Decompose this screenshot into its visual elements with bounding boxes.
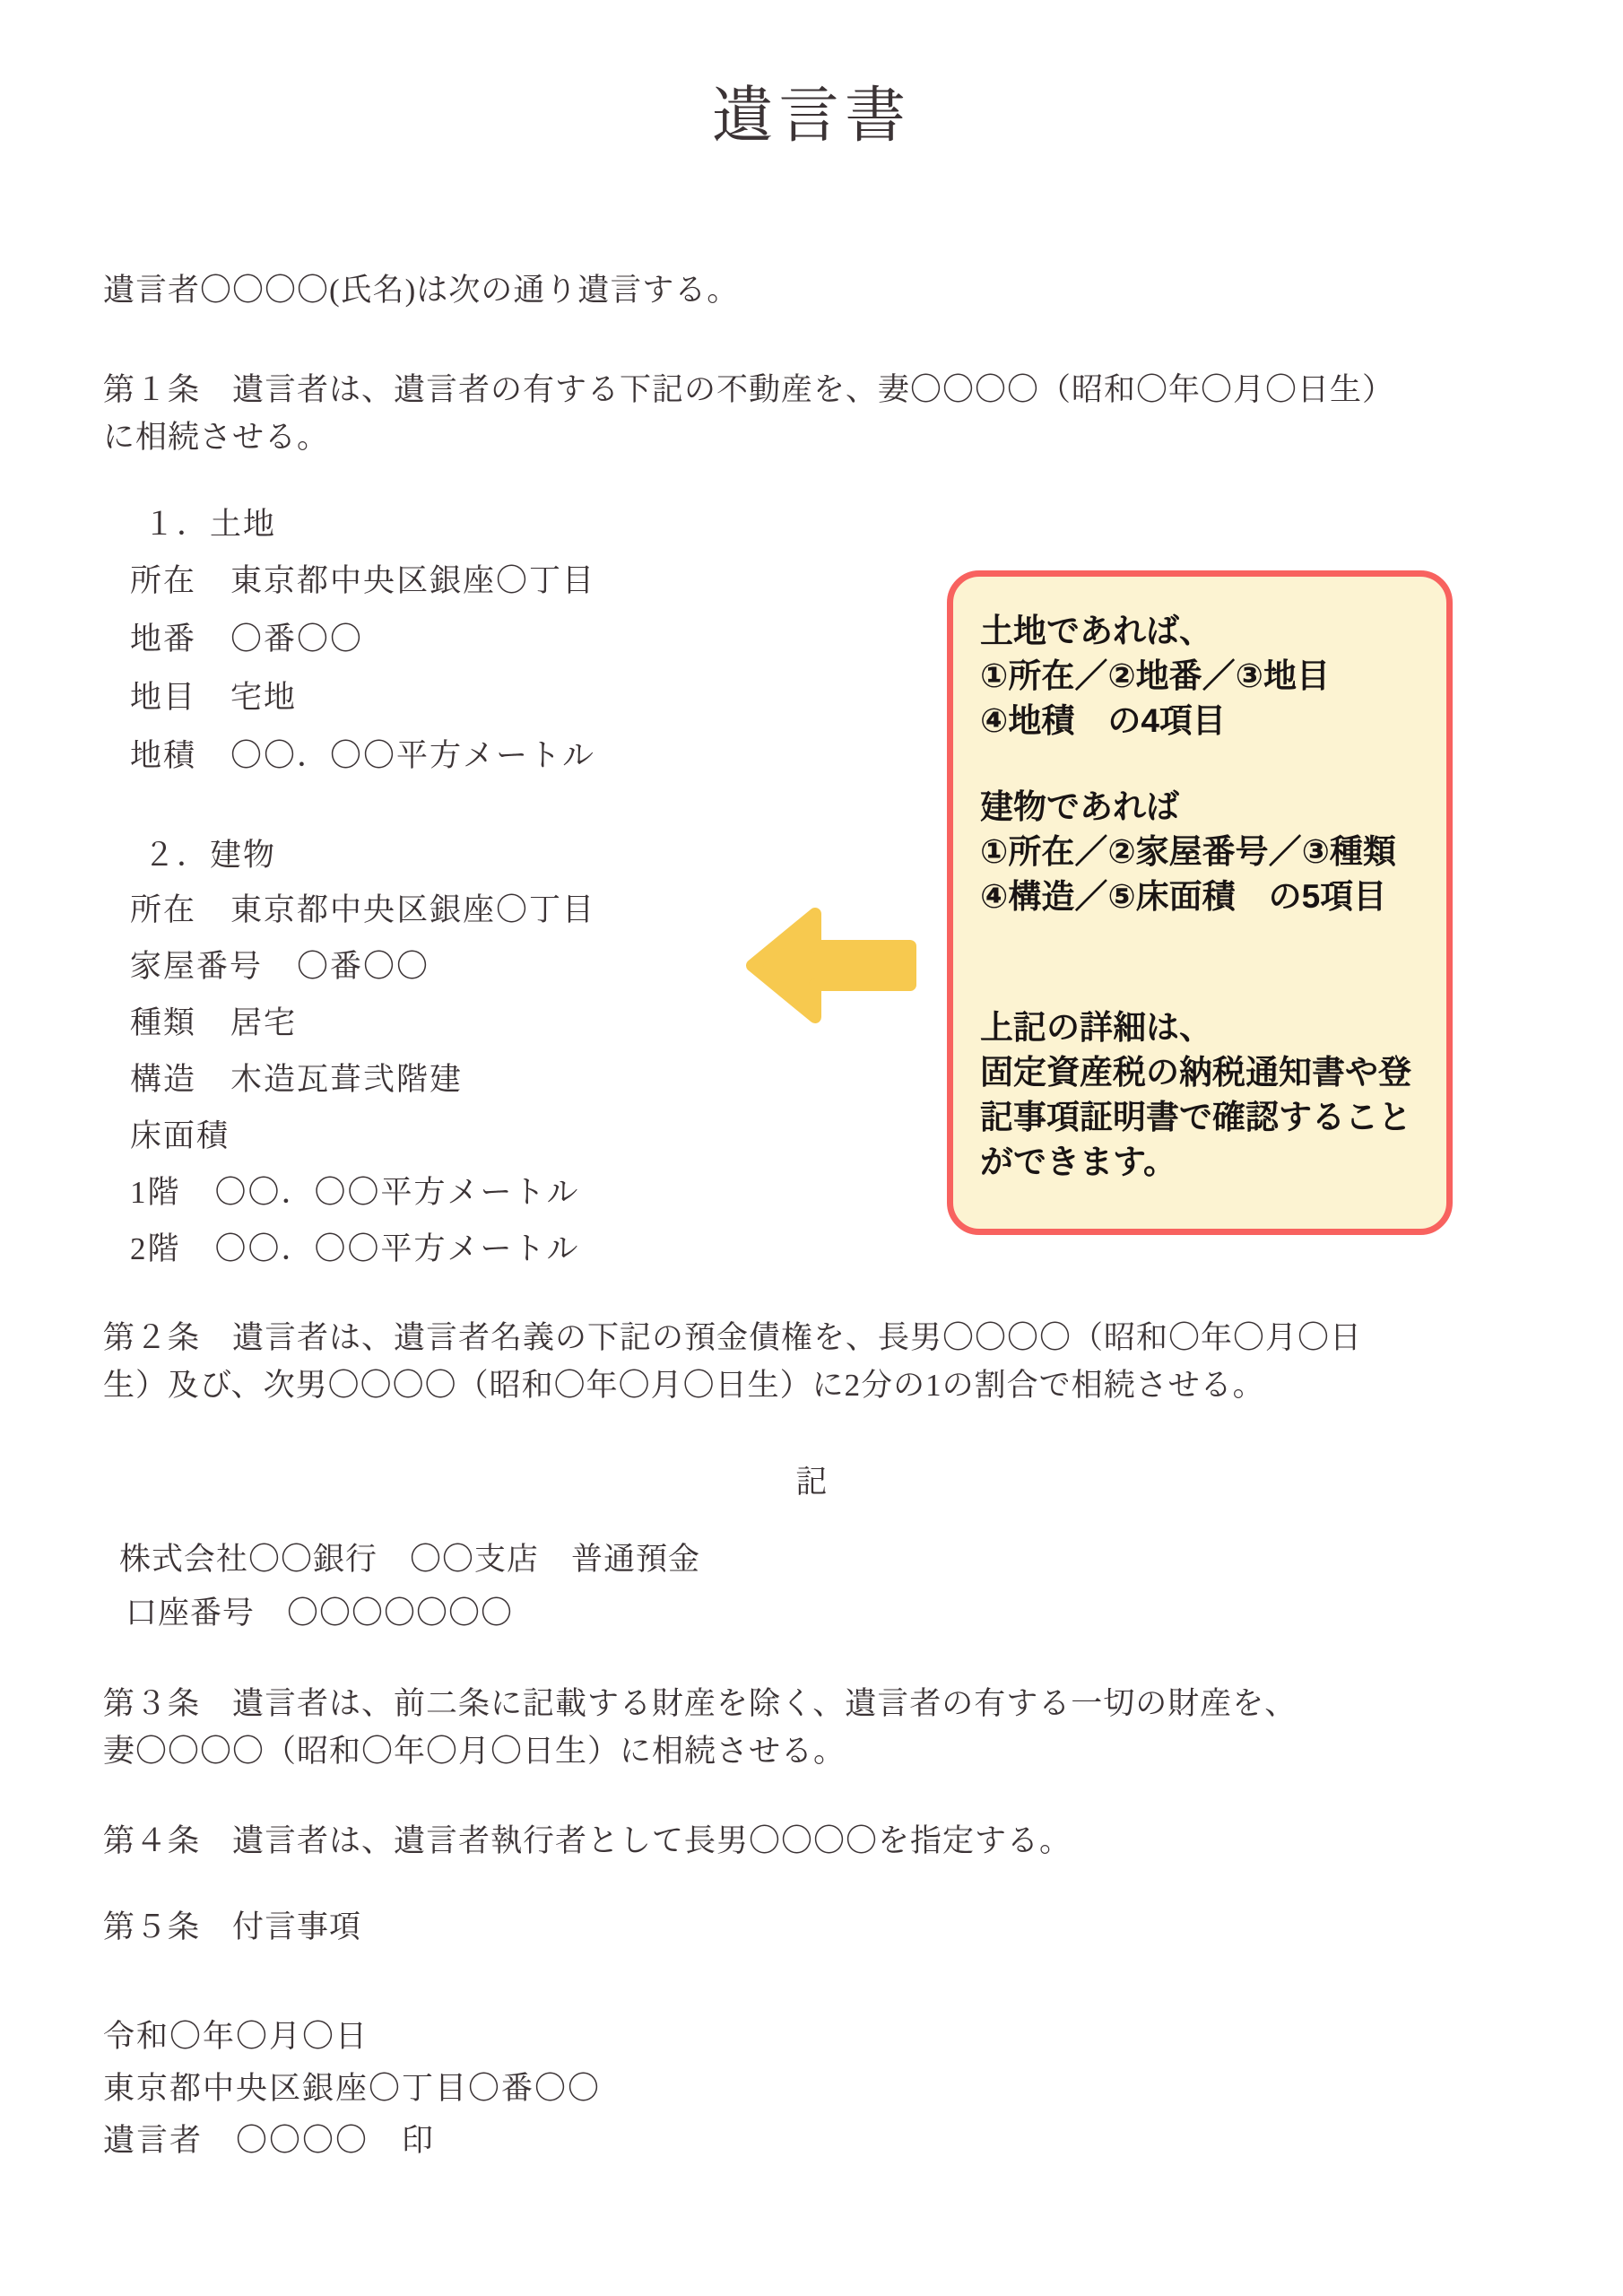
account-number-line: 口座番号 〇〇〇〇〇〇〇 bbox=[126, 1589, 513, 1637]
land-detail-list: 所在東京都中央区銀座〇丁目 地番〇番〇〇 地目宅地 地積〇〇．〇〇平方メートル bbox=[130, 552, 595, 785]
callout-note-group: 上記の詳細は、 固定資産税の納税通知書や登記事項証明書で確認することができます。 bbox=[980, 1005, 1425, 1185]
row-label: 地目 bbox=[130, 680, 196, 715]
callout-building-group: 建物であれば ①所在／②家屋番号／③種類 ④構造／⑤床面積 の5項目 bbox=[980, 785, 1425, 919]
building-section-heading: ２．建物 bbox=[143, 826, 276, 884]
row-label: 1階 bbox=[130, 1175, 181, 1210]
building-row-kozo: 構造木造瓦葺弐階建 bbox=[130, 1051, 595, 1108]
signature-line: 遺言者 〇〇〇〇 印 bbox=[103, 2115, 601, 2167]
row-value: 〇〇．〇〇平方メートル bbox=[215, 1175, 580, 1210]
row-value: 〇〇．〇〇平方メートル bbox=[230, 738, 595, 773]
building-row-shozai: 所在東京都中央区銀座〇丁目 bbox=[130, 882, 595, 938]
building-row-floor2: 2階〇〇．〇〇平方メートル bbox=[130, 1221, 595, 1277]
left-arrow-icon bbox=[745, 906, 916, 1025]
closing-block: 令和〇年〇月〇日 東京都中央区銀座〇丁目〇番〇〇 遺言者 〇〇〇〇 印 bbox=[103, 2011, 601, 2167]
row-label: 家屋番号 bbox=[130, 949, 263, 984]
row-value: 東京都中央区銀座〇丁目 bbox=[230, 892, 595, 927]
land-section-heading: １．土地 bbox=[143, 495, 276, 553]
will-document-page: 遺言書 遺言者〇〇〇〇(氏名)は次の通り遺言する。 第１条 遺言者は、遺言者の有… bbox=[0, 0, 1623, 2296]
land-row-chiban: 地番〇番〇〇 bbox=[130, 610, 595, 668]
callout-land-title: 土地であれば、 bbox=[980, 609, 1425, 654]
row-label: 構造 bbox=[130, 1062, 196, 1097]
row-label: 地積 bbox=[130, 738, 196, 773]
row-label: 地番 bbox=[130, 622, 196, 657]
intro-line: 遺言者〇〇〇〇(氏名)は次の通り遺言する。 bbox=[103, 266, 739, 314]
callout-building-count: ④構造／⑤床面積 の5項目 bbox=[980, 874, 1425, 919]
row-label: 2階 bbox=[130, 1231, 181, 1266]
bank-line: 株式会社〇〇銀行 〇〇支店 普通預金 bbox=[119, 1535, 700, 1583]
article-4: 第４条 遺言者は、遺言者執行者として長男〇〇〇〇を指定する。 bbox=[103, 1817, 1072, 1865]
article-1-line-1: 第１条 遺言者は、遺言者の有する下記の不動産を、妻〇〇〇〇（昭和〇年〇月〇日生） bbox=[103, 366, 1394, 413]
article-5: 第５条 付言事項 bbox=[103, 1903, 361, 1951]
land-row-chimoku: 地目宅地 bbox=[130, 668, 595, 726]
article-3-line-2: 妻〇〇〇〇（昭和〇年〇月〇日生）に相続させる。 bbox=[103, 1727, 1297, 1775]
building-row-shurui: 種類居宅 bbox=[130, 995, 595, 1051]
article-2-line-1: 第２条 遺言者は、遺言者名義の下記の預金債権を、長男〇〇〇〇（昭和〇年〇月〇日 bbox=[103, 1314, 1362, 1361]
callout-note-body: 固定資産税の納税通知書や登記事項証明書で確認することができます。 bbox=[980, 1050, 1425, 1185]
callout-note-intro: 上記の詳細は、 bbox=[980, 1005, 1425, 1050]
row-value: 木造瓦葺弐階建 bbox=[230, 1062, 463, 1097]
callout-land-count: ④地積 の4項目 bbox=[980, 699, 1425, 744]
row-label: 種類 bbox=[130, 1005, 196, 1040]
callout-building-title: 建物であれば bbox=[980, 785, 1425, 830]
date-line: 令和〇年〇月〇日 bbox=[103, 2011, 601, 2063]
row-label: 所在 bbox=[130, 563, 196, 598]
article-3-line-1: 第３条 遺言者は、前二条に記載する財産を除く、遺言者の有する一切の財産を、 bbox=[103, 1680, 1297, 1727]
row-label: 所在 bbox=[130, 892, 196, 927]
land-row-shozai: 所在東京都中央区銀座〇丁目 bbox=[130, 552, 595, 610]
row-value: 東京都中央区銀座〇丁目 bbox=[230, 563, 595, 598]
row-label: 床面積 bbox=[130, 1118, 230, 1153]
address-line: 東京都中央区銀座〇丁目〇番〇〇 bbox=[103, 2063, 601, 2115]
row-value: 〇番〇〇 bbox=[230, 622, 363, 657]
row-value: 宅地 bbox=[230, 680, 297, 715]
row-value: 〇番〇〇 bbox=[297, 949, 430, 984]
land-row-chiseki: 地積〇〇．〇〇平方メートル bbox=[130, 726, 595, 785]
annotation-callout-box: 土地であれば、 ①所在／②地番／③地目 ④地積 の4項目 建物であれば ①所在／… bbox=[947, 570, 1453, 1235]
building-row-floor1: 1階〇〇．〇〇平方メートル bbox=[130, 1164, 595, 1221]
article-1: 第１条 遺言者は、遺言者の有する下記の不動産を、妻〇〇〇〇（昭和〇年〇月〇日生）… bbox=[103, 366, 1394, 461]
article-3: 第３条 遺言者は、前二条に記載する財産を除く、遺言者の有する一切の財産を、 妻〇… bbox=[103, 1680, 1297, 1775]
callout-land-group: 土地であれば、 ①所在／②地番／③地目 ④地積 の4項目 bbox=[980, 609, 1425, 744]
article-2: 第２条 遺言者は、遺言者名義の下記の預金債権を、長男〇〇〇〇（昭和〇年〇月〇日 … bbox=[103, 1314, 1362, 1409]
page-title: 遺言書 bbox=[0, 67, 1623, 154]
article-1-line-2: に相続させる。 bbox=[103, 413, 1394, 461]
ki-marker: 記 bbox=[0, 1457, 1623, 1502]
article-2-line-2: 生）及び、次男〇〇〇〇（昭和〇年〇月〇日生）に2分の1の割合で相続させる。 bbox=[103, 1361, 1362, 1409]
callout-land-items: ①所在／②地番／③地目 bbox=[980, 654, 1425, 699]
building-row-kaoku-bango: 家屋番号〇番〇〇 bbox=[130, 938, 595, 995]
building-detail-list: 所在東京都中央区銀座〇丁目 家屋番号〇番〇〇 種類居宅 構造木造瓦葺弐階建 床面… bbox=[130, 882, 595, 1277]
callout-building-items: ①所在／②家屋番号／③種類 bbox=[980, 830, 1425, 874]
row-value: 居宅 bbox=[230, 1005, 297, 1040]
row-value: 〇〇．〇〇平方メートル bbox=[215, 1231, 580, 1266]
building-row-yukamenseki: 床面積 bbox=[130, 1108, 595, 1164]
